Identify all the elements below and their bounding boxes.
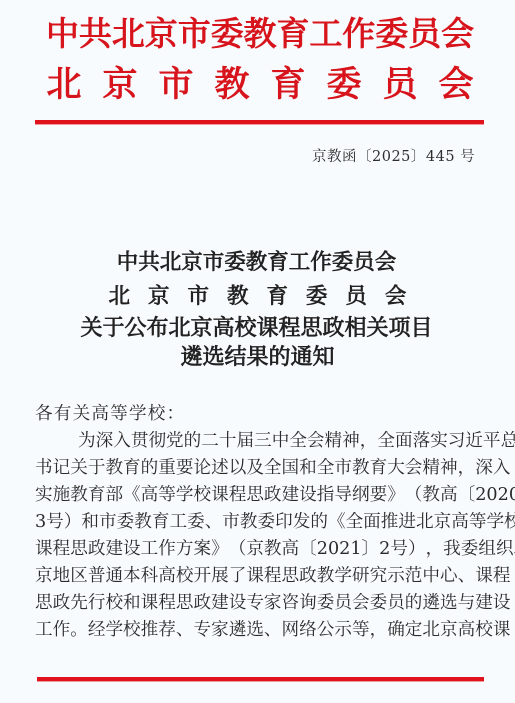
glyph: 公 — [317, 622, 335, 640]
glyph: 论 — [193, 460, 211, 478]
glyph: 及 — [246, 460, 264, 478]
glyph: 为 — [78, 433, 96, 451]
glyph: 中 — [422, 568, 440, 586]
title-issuer-2: 北京市教育委员会 — [0, 286, 515, 308]
glyph: 工 — [35, 622, 53, 640]
glyph: 高 — [451, 514, 469, 532]
glyph: 员 — [382, 67, 418, 102]
glyph: 京 — [102, 67, 138, 102]
glyph: 全 — [317, 460, 335, 478]
glyph: 委 — [326, 67, 362, 102]
glyph: 网 — [282, 622, 300, 640]
glyph: 市 — [334, 460, 352, 478]
glyph: 共 — [79, 17, 112, 50]
glyph: ， — [458, 460, 476, 478]
body-line-6: 京地区普通本科高校开展了课程思政教学研究示范中心、课程 — [35, 568, 484, 586]
glyph: 建 — [282, 487, 300, 505]
body-line-7: 思政先行校和课程思政建设专家咨询委员会委员的遴选与建设 — [35, 595, 484, 613]
glyph: 确 — [387, 622, 405, 640]
glyph: 校 — [504, 514, 515, 532]
glyph: 《 — [123, 487, 141, 505]
body-line-1: 为深入贯彻党的二十届三中全会精神，全面落实习近平总 — [78, 433, 484, 451]
glyph: 中 — [272, 433, 290, 451]
glyph: 会 — [441, 17, 474, 50]
glyph: 号 — [390, 541, 408, 559]
glyph: 和 — [123, 595, 141, 613]
glyph: 育 — [266, 286, 288, 308]
glyph: 员 — [387, 595, 405, 613]
glyph: 大 — [387, 460, 405, 478]
glyph: 京 — [148, 286, 170, 308]
glyph: 全 — [346, 514, 364, 532]
glyph: 近 — [465, 433, 483, 451]
glyph: 进 — [398, 514, 416, 532]
glyph: 高 — [440, 487, 458, 505]
glyph: 深 — [96, 433, 114, 451]
glyph: 咨 — [282, 595, 300, 613]
glyph: 的 — [184, 433, 202, 451]
glyph: 通 — [105, 568, 123, 586]
glyph: 实 — [430, 433, 448, 451]
glyph: 课 — [211, 487, 229, 505]
glyph: 国 — [282, 460, 300, 478]
glyph: 教 — [134, 514, 152, 532]
glyph: 设 — [123, 541, 141, 559]
glyph: 工 — [309, 17, 342, 50]
glyph: 委 — [258, 514, 276, 532]
glyph: 述 — [211, 460, 229, 478]
glyph: 家 — [264, 595, 282, 613]
glyph: 入 — [113, 433, 131, 451]
glyph: 遴 — [422, 595, 440, 613]
glyph: 北 — [416, 514, 434, 532]
glyph: 施 — [53, 487, 71, 505]
glyph: 记 — [53, 460, 71, 478]
glyph: ， — [426, 541, 444, 559]
glyph: 示 — [387, 568, 405, 586]
document-number: 京教函〔2025〕445 号 — [312, 145, 475, 166]
glyph: 北 — [112, 17, 145, 50]
glyph: 校 — [176, 568, 194, 586]
glyph: 建 — [105, 541, 123, 559]
glyph: 程 — [53, 541, 71, 559]
glyph: 彻 — [148, 433, 166, 451]
glyph: 委 — [317, 595, 335, 613]
glyph: 发 — [293, 514, 311, 532]
glyph: 学 — [334, 568, 352, 586]
glyph: 案 — [193, 541, 211, 559]
glyph: 育 — [270, 67, 306, 102]
glyph: 育 — [123, 460, 141, 478]
glyph: 会 — [307, 433, 325, 451]
glyph: 询 — [299, 595, 317, 613]
glyph: 工 — [169, 514, 187, 532]
glyph: 思 — [35, 595, 53, 613]
glyph: 程 — [264, 568, 282, 586]
glyph: 普 — [88, 568, 106, 586]
glyph: 总 — [501, 433, 515, 451]
glyph: 作 — [53, 622, 71, 640]
glyph: 全 — [377, 433, 395, 451]
glyph: 《 — [328, 514, 346, 532]
glyph: 教 — [244, 17, 277, 50]
glyph: 设 — [229, 595, 247, 613]
glyph: 研 — [352, 568, 370, 586]
glyph: 先 — [70, 595, 88, 613]
glyph: 等 — [158, 487, 176, 505]
glyph: 面 — [363, 514, 381, 532]
masthead-line-2: 北京市教育委员会 — [46, 67, 474, 102]
glyph: 专 — [193, 622, 211, 640]
glyph: 示 — [334, 622, 352, 640]
glyph: 教 — [352, 460, 370, 478]
glyph: ， — [360, 433, 378, 451]
glyph: 于 — [88, 460, 106, 478]
glyph: 设 — [493, 595, 511, 613]
glyph: 育 — [152, 514, 170, 532]
glyph: 校 — [105, 595, 123, 613]
glyph: 定 — [405, 622, 423, 640]
glyph: 织 — [496, 541, 514, 559]
glyph: 专 — [246, 595, 264, 613]
glyph: 高 — [458, 622, 476, 640]
glyph: 神 — [440, 460, 458, 478]
glyph: 神 — [342, 433, 360, 451]
glyph: 政 — [299, 568, 317, 586]
glyph: 组 — [478, 541, 496, 559]
glyph: 思 — [176, 595, 194, 613]
glyph: 中 — [46, 17, 79, 50]
glyph: 精 — [325, 433, 343, 451]
glyph: ） — [64, 514, 82, 532]
glyph: 程 — [158, 595, 176, 613]
glyph: 2020 — [475, 487, 515, 505]
glyph: 学 — [176, 487, 194, 505]
glyph: 委 — [211, 17, 244, 50]
glyph: 要 — [176, 460, 194, 478]
title-subject-2: 遴选结果的通知 — [0, 346, 515, 368]
glyph: 市 — [158, 67, 194, 102]
glyph: 思 — [282, 568, 300, 586]
glyph: 校 — [193, 487, 211, 505]
glyph: 家 — [211, 622, 229, 640]
glyph: 遴 — [229, 622, 247, 640]
glyph: 委 — [375, 17, 408, 50]
glyph: 推 — [381, 514, 399, 532]
glyph: 关 — [70, 460, 88, 478]
glyph: 我 — [443, 541, 461, 559]
glyph: 等 — [352, 622, 370, 640]
glyph: （ — [405, 487, 423, 505]
glyph: 二 — [201, 433, 219, 451]
glyph: 会 — [385, 286, 407, 308]
glyph: 高 — [158, 568, 176, 586]
glyph: 全 — [289, 433, 307, 451]
glyph: 北 — [109, 286, 131, 308]
glyph: 展 — [211, 568, 229, 586]
glyph: 〕 — [362, 541, 380, 559]
glyph: 委 — [306, 286, 328, 308]
glyph: 员 — [408, 17, 441, 50]
glyph: 本 — [123, 568, 141, 586]
glyph: 荐 — [158, 622, 176, 640]
glyph: 届 — [236, 433, 254, 451]
glyph: 深 — [475, 460, 493, 478]
glyph: 设 — [299, 487, 317, 505]
masthead-line-1: 中共北京市委教育工作委员会 — [46, 17, 474, 50]
glyph: 。 — [70, 622, 88, 640]
title-subject-1: 关于公布北京高校课程思政相关项目 — [0, 317, 514, 339]
glyph: 员 — [334, 595, 352, 613]
glyph: ） — [408, 541, 426, 559]
glyph: 习 — [448, 433, 466, 451]
glyph: 委 — [187, 514, 205, 532]
glyph: 〔 — [299, 541, 317, 559]
glyph: 市 — [222, 514, 240, 532]
glyph: 育 — [370, 460, 388, 478]
glyph: 导 — [334, 487, 352, 505]
body-line-5: 课程思政建设工作方案》（京教高〔2021〕2号），我委组织北 — [35, 541, 484, 559]
glyph: 贯 — [131, 433, 149, 451]
glyph: 委 — [117, 514, 135, 532]
glyph: 、 — [458, 568, 476, 586]
glyph: 》 — [387, 487, 405, 505]
masthead-red-rule — [35, 120, 484, 125]
glyph: 京 — [246, 541, 264, 559]
glyph: 政 — [264, 487, 282, 505]
glyph: 印 — [275, 514, 293, 532]
glyph: （ — [229, 541, 247, 559]
glyph: 建 — [475, 595, 493, 613]
glyph: 教 — [317, 568, 335, 586]
glyph: 京 — [145, 17, 178, 50]
glyph: 、 — [264, 622, 282, 640]
glyph: 委 — [461, 541, 479, 559]
glyph: 2021 — [317, 541, 362, 559]
glyph: 行 — [88, 595, 106, 613]
glyph: 经 — [88, 622, 106, 640]
glyph: 入 — [493, 460, 511, 478]
glyph: 学 — [486, 514, 504, 532]
glyph: 平 — [483, 433, 501, 451]
glyph: 全 — [264, 460, 282, 478]
glyph: 科 — [141, 568, 159, 586]
glyph: 教 — [264, 541, 282, 559]
glyph: 会 — [438, 67, 474, 102]
glyph: 思 — [70, 541, 88, 559]
glyph: 络 — [299, 622, 317, 640]
glyph: 推 — [141, 622, 159, 640]
glyph: 京 — [440, 622, 458, 640]
glyph: 落 — [413, 433, 431, 451]
glyph: 工 — [141, 541, 159, 559]
glyph: 、 — [205, 514, 223, 532]
glyph: 委 — [370, 595, 388, 613]
glyph: 心 — [440, 568, 458, 586]
glyph: 和 — [81, 514, 99, 532]
glyph: 以 — [229, 460, 247, 478]
glyph: 与 — [458, 595, 476, 613]
glyph: 学 — [105, 622, 123, 640]
glyph: 思 — [246, 487, 264, 505]
glyph: 精 — [422, 460, 440, 478]
glyph: 政 — [193, 595, 211, 613]
glyph: 、 — [176, 622, 194, 640]
glyph: 课 — [493, 622, 511, 640]
glyph: 选 — [440, 595, 458, 613]
glyph: 等 — [469, 514, 487, 532]
glyph: 教 — [227, 286, 249, 308]
body-line-2: 书记关于教育的重要论述以及全国和全市教育大会精神，深入 — [35, 460, 484, 478]
glyph: 重 — [158, 460, 176, 478]
glyph: 和 — [299, 460, 317, 478]
glyph: 会 — [352, 595, 370, 613]
glyph: 教 — [70, 487, 88, 505]
glyph: ， — [370, 622, 388, 640]
glyph: 书 — [35, 460, 53, 478]
body-line-3: 实施教育部《高等学校课程思政建设指导纲要》（教高〔2020〕 — [35, 487, 484, 505]
footer-red-rule — [37, 677, 484, 682]
glyph: 校 — [475, 622, 493, 640]
glyph: 纲 — [352, 487, 370, 505]
title-issuer-2-text: 北京市教育委员会 — [109, 286, 407, 308]
glyph: 了 — [229, 568, 247, 586]
glyph: 实 — [35, 487, 53, 505]
glyph: 建 — [211, 595, 229, 613]
glyph: 方 — [176, 541, 194, 559]
glyph: 面 — [395, 433, 413, 451]
glyph: 育 — [88, 487, 106, 505]
glyph: 教 — [422, 487, 440, 505]
glyph: 指 — [317, 487, 335, 505]
glyph: 课 — [246, 568, 264, 586]
glyph: 程 — [493, 568, 511, 586]
glyph: 市 — [178, 17, 211, 50]
glyph: 政 — [53, 595, 71, 613]
glyph: 党 — [166, 433, 184, 451]
glyph: 教 — [240, 514, 258, 532]
glyph: 京 — [434, 514, 452, 532]
glyph: 课 — [475, 568, 493, 586]
glyph: 作 — [342, 17, 375, 50]
glyph: 教 — [105, 460, 123, 478]
glyph: 的 — [405, 595, 423, 613]
glyph: 十 — [219, 433, 237, 451]
glyph: 地 — [53, 568, 71, 586]
glyph: 校 — [123, 622, 141, 640]
glyph: 政 — [88, 541, 106, 559]
salutation: 各有关高等学校： — [35, 406, 484, 424]
glyph: 高 — [282, 541, 300, 559]
glyph: 号 — [46, 514, 64, 532]
glyph: 三 — [254, 433, 272, 451]
glyph: 京 — [35, 568, 53, 586]
glyph: 教 — [214, 67, 250, 102]
glyph: 》 — [211, 541, 229, 559]
body-line-8: 工作。经学校推荐、专家遴选、网络公示等，确定北京高校课 — [35, 622, 484, 640]
glyph: 3 — [35, 514, 46, 532]
body-line-4: 3号）和市委教育工委、市教委印发的《全面推进北京高等学校 — [35, 514, 484, 532]
glyph: 的 — [141, 460, 159, 478]
glyph: 区 — [70, 568, 88, 586]
glyph: 课 — [35, 541, 53, 559]
glyph: 市 — [187, 286, 209, 308]
glyph: 育 — [276, 17, 309, 50]
glyph: 〔 — [458, 487, 476, 505]
glyph: 作 — [158, 541, 176, 559]
glyph: 会 — [405, 460, 423, 478]
glyph: 2 — [379, 541, 390, 559]
title-issuer-1: 中共北京市委教育工作委员会 — [0, 252, 514, 274]
glyph: 部 — [105, 487, 123, 505]
glyph: 究 — [370, 568, 388, 586]
glyph: 高 — [141, 487, 159, 505]
glyph: 程 — [229, 487, 247, 505]
glyph: 员 — [345, 286, 367, 308]
glyph: 北 — [422, 622, 440, 640]
glyph: 市 — [99, 514, 117, 532]
glyph: 要 — [370, 487, 388, 505]
glyph: 选 — [246, 622, 264, 640]
glyph: 开 — [193, 568, 211, 586]
glyph: 范 — [405, 568, 423, 586]
glyph: 课 — [141, 595, 159, 613]
glyph: 的 — [310, 514, 328, 532]
glyph: 北 — [46, 67, 82, 102]
